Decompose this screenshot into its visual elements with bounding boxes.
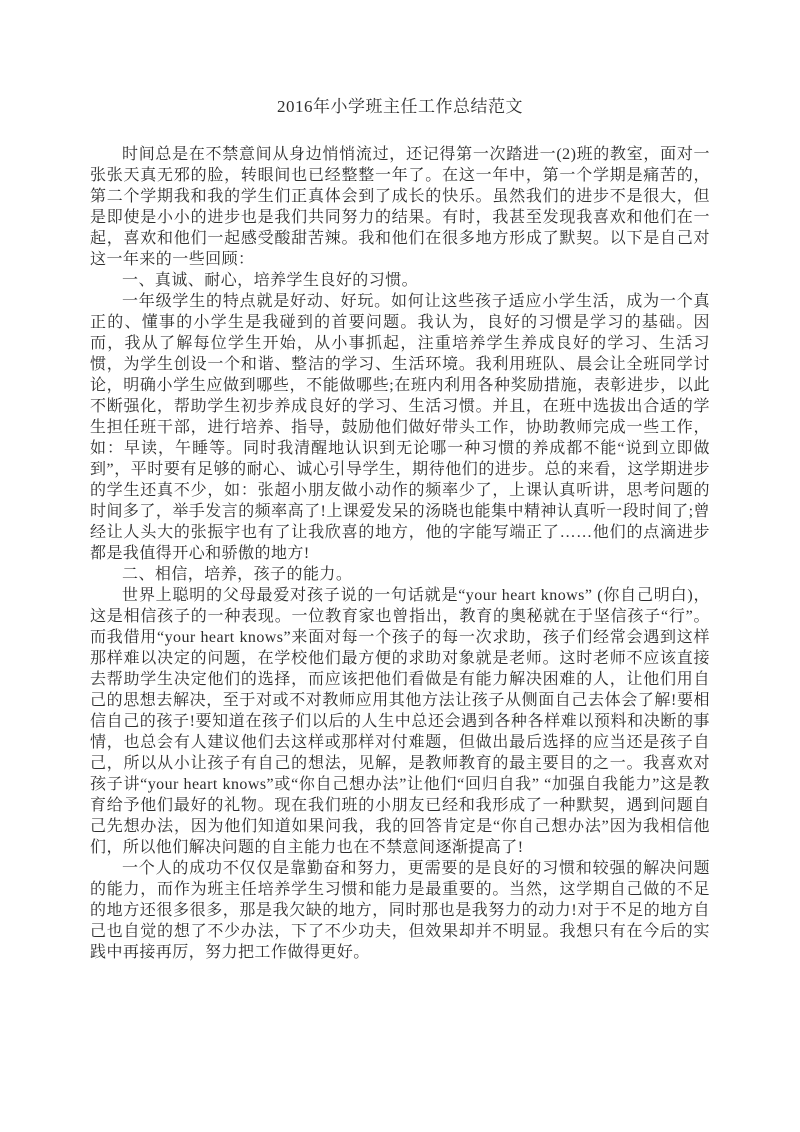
- paragraph-5: 世界上聪明的父母最爱对孩子说的一句话就是“your heart knows” (…: [90, 585, 710, 858]
- paragraph-1: 时间总是在不禁意间从身边悄悄流过，还记得第一次踏进一(2)班的教室，面对一张张天…: [90, 144, 710, 270]
- section-heading-2: 一、真诚、耐心，培养学生良好的习惯。: [90, 270, 710, 291]
- section-heading-4: 二、相信，培养，孩子的能力。: [90, 564, 710, 585]
- paragraph-3: 一年级学生的特点就是好动、好玩。如何让这些孩子适应小学生活，成为一个真正的、懂事…: [90, 291, 710, 564]
- document-page: 2016年小学班主任工作总结范文 时间总是在不禁意间从身边悄悄流过，还记得第一次…: [0, 0, 800, 1132]
- paragraph-6: 一个人的成功不仅仅是靠勤奋和努力，更需要的是良好的习惯和较强的解决问题的能力，而…: [90, 858, 710, 963]
- document-body: 时间总是在不禁意间从身边悄悄流过，还记得第一次踏进一(2)班的教室，面对一张张天…: [90, 144, 710, 963]
- document-title: 2016年小学班主任工作总结范文: [90, 0, 710, 118]
